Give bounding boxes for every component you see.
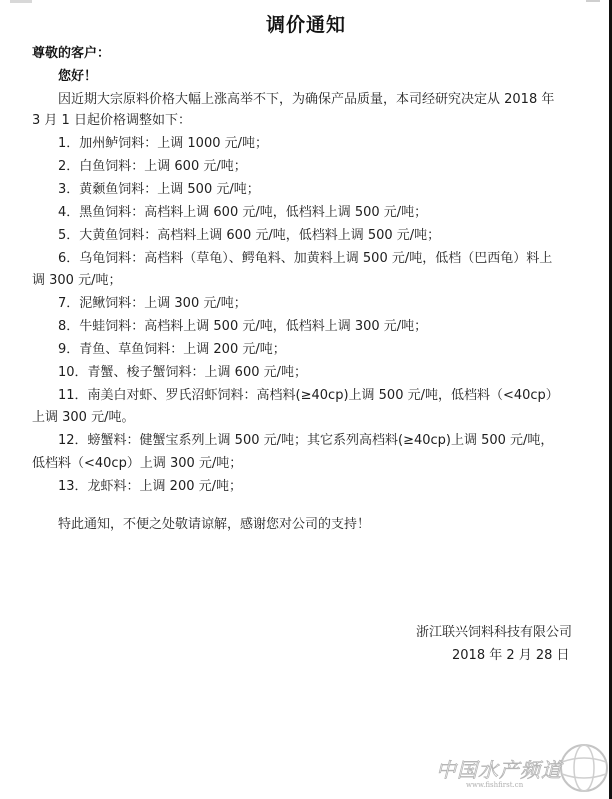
price-item-3: 3．黄颡鱼饲料：上调 500 元/吨； bbox=[58, 181, 260, 199]
watermark-url: www.fishfirst.cn bbox=[466, 781, 523, 789]
signature-date: 2018 年 2 月 28 日 bbox=[452, 647, 570, 665]
price-item-10: 10．青蟹、梭子蟹饲料：上调 600 元/吨； bbox=[58, 364, 307, 382]
closing-statement: 特此通知，不便之处敬请谅解，感谢您对公司的支持！ bbox=[58, 516, 370, 534]
price-item-12: 12．螃蟹料：健蟹宝系列上调 500 元/吨；其它系列高档料(≥40cp)上调 … bbox=[58, 432, 553, 450]
watermark-text: 中国水产频道 bbox=[436, 754, 562, 783]
intro-paragraph-line-1: 因近期大宗原料价格大幅上涨高举不下，为确保产品质量，本司经研究决定从 2018 … bbox=[58, 91, 554, 109]
scan-edge-mark bbox=[586, 0, 600, 2]
price-item-1: 1．加州鲈饲料：上调 1000 元/吨； bbox=[58, 135, 268, 153]
intro-paragraph-line-2: 3 月 1 日起价格调整如下： bbox=[32, 112, 191, 130]
price-item-12-continued: 低档料（<40cp）上调 300 元/吨； bbox=[32, 455, 242, 473]
price-item-6: 6．乌龟饲料：高档料（草龟）、鳄龟料、加黄料上调 500 元/吨，低档（巴西龟）… bbox=[58, 250, 552, 268]
price-item-4: 4．黑鱼饲料：高档料上调 600 元/吨，低档料上调 500 元/吨； bbox=[58, 204, 427, 222]
price-item-13: 13．龙虾料：上调 200 元/吨； bbox=[58, 478, 242, 496]
greeting: 您好！ bbox=[58, 68, 97, 86]
price-item-5: 5．大黄鱼饲料：高档料上调 600 元/吨，低档料上调 500 元/吨； bbox=[58, 227, 440, 245]
price-item-11: 11．南美白对虾、罗氏沼虾饲料：高档料(≥40cp)上调 500 元/吨，低档料… bbox=[58, 387, 559, 405]
price-item-7: 7．泥鳅饲料：上调 300 元/吨； bbox=[58, 295, 247, 313]
price-item-11-continued: 上调 300 元/吨。 bbox=[32, 409, 134, 427]
price-item-6-continued: 调 300 元/吨； bbox=[32, 272, 121, 290]
price-item-8: 8．牛蛙饲料：高档料上调 500 元/吨，低档料上调 300 元/吨； bbox=[58, 318, 427, 336]
price-item-9: 9．青鱼、草鱼饲料：上调 200 元/吨； bbox=[58, 341, 286, 359]
price-item-2: 2．白鱼饲料：上调 600 元/吨； bbox=[58, 158, 247, 176]
notice-title: 调价通知 bbox=[0, 10, 612, 37]
salutation: 尊敬的客户： bbox=[32, 45, 110, 63]
watermark: 中国水产频道 www.fishfirst.cn bbox=[436, 740, 612, 799]
company-signature: 浙江联兴饲料科技有限公司 bbox=[416, 624, 572, 642]
scan-edge-mark bbox=[10, 0, 32, 3]
globe-icon bbox=[558, 742, 610, 794]
